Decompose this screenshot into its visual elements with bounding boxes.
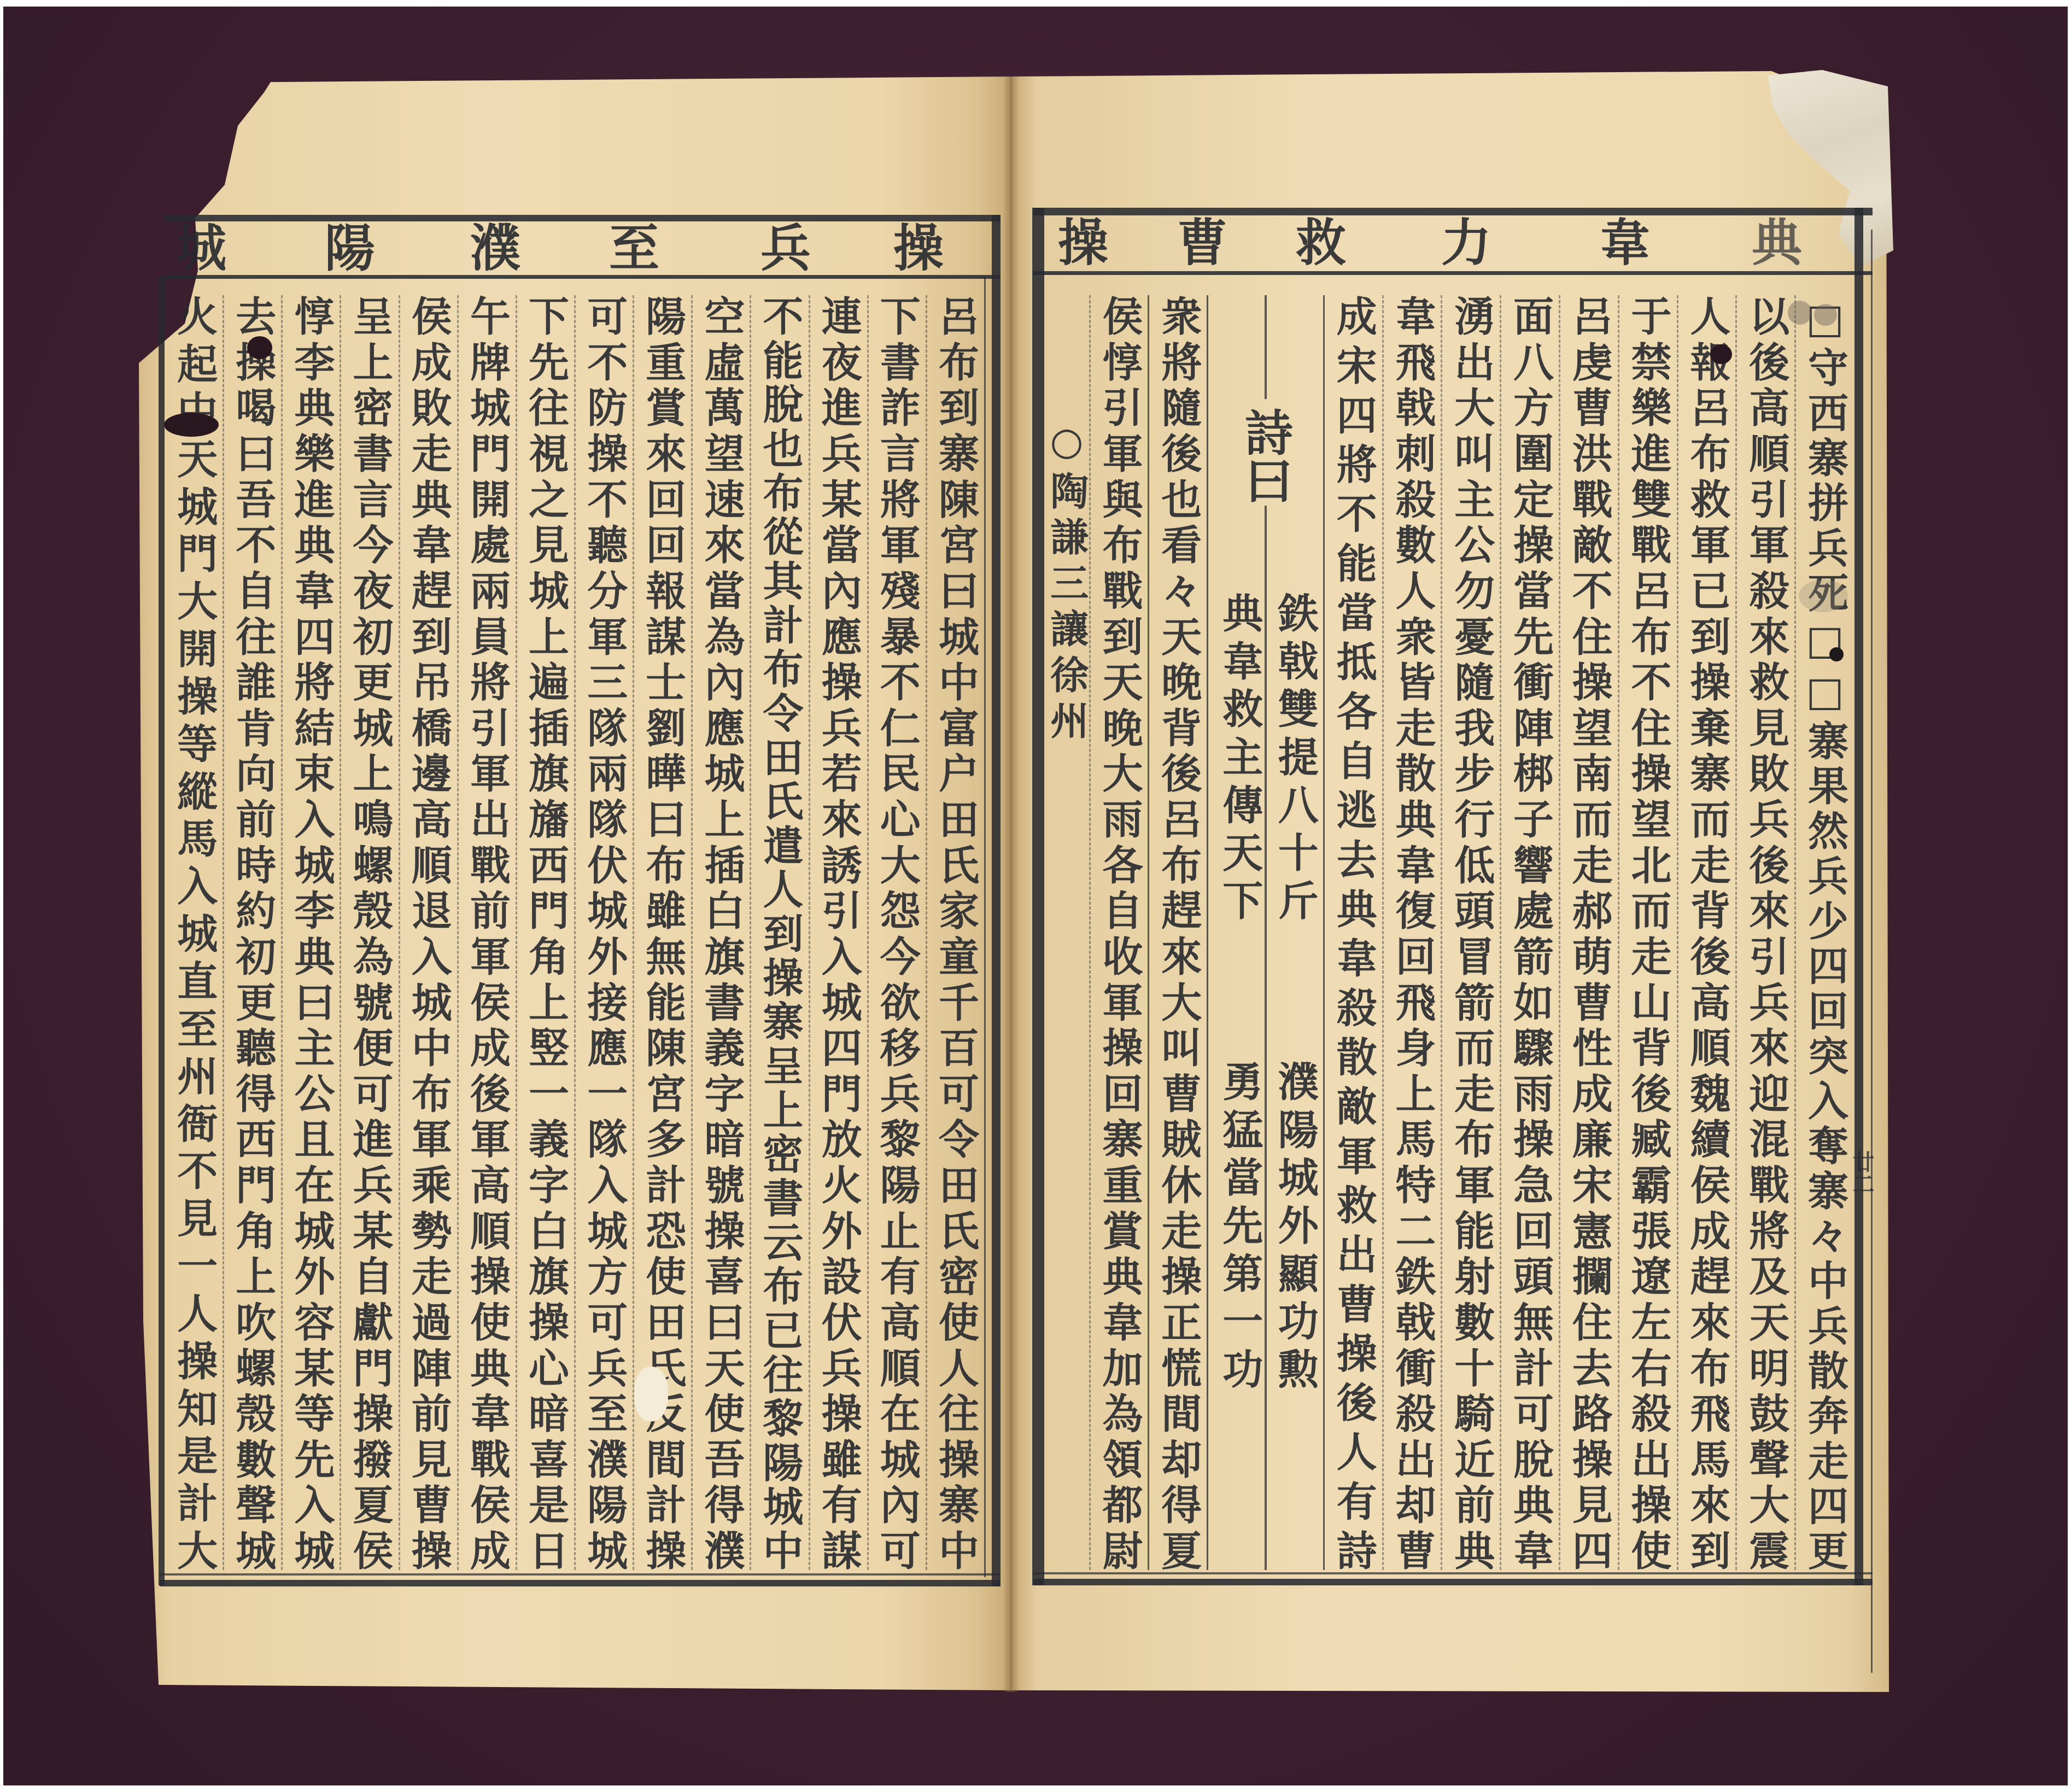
header-char: 兵 <box>758 223 813 273</box>
text-column: 成宋四將不能當抵各自逃去典韋殺散敵軍救出曹操後人有詩 <box>1323 295 1382 1570</box>
header-char: 操 <box>891 223 946 273</box>
poem-line: 勇猛當先第一功 <box>1216 1061 1260 1389</box>
left-frame-inner-rule <box>984 276 986 1577</box>
wormhole <box>1829 647 1844 661</box>
left-frame-left-rule <box>159 276 165 1585</box>
right-frame-bottom-thin-rule <box>1033 1572 1873 1574</box>
book-spine-gutter <box>1003 77 1019 1692</box>
header-char: 濮 <box>468 223 523 273</box>
right-frame-left-rule <box>1032 208 1044 1585</box>
text-column: 下先往視之見城上遍插旗旛西門角上竪一義字白旗操心暗喜是日 <box>516 295 574 1570</box>
paper-repair-patch <box>634 1367 668 1421</box>
wormhole <box>247 336 272 359</box>
text-column: 下書詐言將軍殘暴不仁民心大怨今欲移兵黎陽止有高順在城內可 <box>867 295 926 1570</box>
ink-stain <box>1814 304 1837 326</box>
header-char: 曹 <box>1175 218 1230 268</box>
left-frame-right-rule <box>992 215 1001 1586</box>
text-column: 呂虔曹洪戰敵不住操望南而走郝萌曹性成廉宋憲攔住去路操見四 <box>1559 295 1618 1570</box>
text-column: 火起中天城門大開操等縱馬入城直至州衙不見一人操知是計大 <box>166 295 223 1570</box>
text-column: 空虛萬望速來當為內應城上插白旗書義字暗號操喜曰天使吾得濮 <box>691 295 750 1570</box>
ink-stain <box>1788 301 1812 325</box>
text-column: 衆將隨後也看々天晚背後呂布趕來大叫曹賊休走操正慌間却得夏 <box>1148 295 1207 1570</box>
page-number: 廿二 <box>1851 1151 1873 1194</box>
text-column: 呈上密書言今夜初更城上鳴螺殼為號便可進兵某自獻門操撥夏侯 <box>340 295 398 1570</box>
poem-line: 濮陽城外顯功勲 <box>1272 1061 1315 1389</box>
header-char: 典 <box>1750 218 1804 268</box>
poem-divider <box>1265 295 1267 399</box>
header-char: 救 <box>1294 218 1348 268</box>
text-column: 不能脫也布從其計布令田氏遣人到操寨呈上密書云布已往黎陽城中 <box>750 295 808 1570</box>
scanned-book-spread: 操 兵 至 濮 陽 城 典 韋 力 救 曹 操 呂布到寨陳宮曰城中富户田氏家童千… <box>0 0 2071 1792</box>
header-char: 城 <box>174 223 229 273</box>
header-char: 力 <box>1439 218 1494 268</box>
wormhole <box>164 413 219 437</box>
text-column: 以後高順引軍殺來救見敗兵後來引兵來迎混戰將及天明鼓聲大震 <box>1735 295 1794 1570</box>
left-page-text: 呂布到寨陳宮曰城中富户田氏家童千百可令田氏密使人往操寨中 下書詐言將軍殘暴不仁民… <box>166 295 984 1570</box>
poem-divider <box>1265 506 1267 1570</box>
left-frame-top-rule <box>164 215 1001 221</box>
right-frame-bottom-rule <box>1033 1579 1873 1585</box>
text-column: 于禁樂進雙戰呂布不住操望北而走山背後臧霸張遼左右殺出操使 <box>1618 295 1677 1570</box>
right-frame-right-rule <box>1854 208 1863 1585</box>
text-column: 湧出大叫主公勿憂隨我步行低頭冒箭而走布軍能射數十騎近前典 <box>1441 295 1500 1570</box>
left-header-divider <box>164 275 1001 279</box>
text-column: 可不防操不聽分軍三隊兩隊伏城外接應一隊入城方可兵至濮陽城 <box>574 295 633 1570</box>
water-stain <box>1799 579 1848 612</box>
text-column: 韋飛戟刺殺數人衆皆走散典韋復回飛身上馬特二鉄戟衝殺出却曹 <box>1382 295 1441 1570</box>
next-section-title: ○陶謙三讓徐州 <box>1048 418 1086 747</box>
text-column: 連夜進兵某當內應操兵若來誘引入城四門放火外設伏兵操雖有謀 <box>809 295 867 1570</box>
text-column: 侯惇引軍與布戰到天晚大雨各自收軍操回寨重賞典韋加為領都尉 <box>1089 295 1148 1570</box>
right-page-text: □守西寨拼兵死□□寨果然兵少四回突入奪寨々中兵散奔走四更 以後高順引軍殺來救見敗… <box>1045 295 1853 1570</box>
poem-line: 典韋救主傳天下 <box>1216 592 1260 920</box>
left-frame-bottom-thin-rule <box>160 1573 1001 1576</box>
header-char: 韋 <box>1598 218 1652 268</box>
text-column: 面八方圍定操當先衝陣梆子響處箭如驟雨操急回頭無計可脫典韋 <box>1500 295 1559 1570</box>
poem-line: 鉄戟雙提八十斤 <box>1272 592 1315 920</box>
header-char: 至 <box>607 223 662 273</box>
right-page-edge-line <box>1871 230 1873 1673</box>
left-frame-bottom-rule <box>160 1580 1001 1586</box>
wormhole <box>1710 344 1732 364</box>
text-column: 人報呂布救軍已到操棄寨而走背後高順魏續侯成趕來布飛馬來到 <box>1677 295 1736 1570</box>
text-column: 惇李典樂進典韋四將結束入城李典曰主公且在城外容某等先入城 <box>281 295 340 1570</box>
poem-block: 詩曰 鉄戟雙提八十斤 濮陽城外顯功勲 典韋救主傳天下 勇猛當先第一功 <box>1207 295 1323 1570</box>
text-column: 呂布到寨陳宮曰城中富户田氏家童千百可令田氏密使人往操寨中 <box>926 295 984 1570</box>
next-section-title-column: ○陶謙三讓徐州 <box>1045 295 1089 1570</box>
text-column: 午牌城門開處兩員將引軍出戰前軍侯成後軍高順操使典韋戰侯成 <box>457 295 516 1570</box>
text-column: 去操喝曰吾不自往誰肯向前時約初更聽得西門角上吹螺殼數聲城 <box>223 295 281 1570</box>
text-column: □守西寨拼兵死□□寨果然兵少四回突入奪寨々中兵散奔走四更 <box>1794 295 1853 1570</box>
header-char: 操 <box>1056 218 1110 268</box>
poem-label: 詩曰 <box>1242 405 1290 507</box>
text-column: 侯成敗走典韋趕到吊橋邊高順退入城中布軍乘勢走過陣前見曹操 <box>399 295 457 1570</box>
header-char: 陽 <box>323 223 377 273</box>
